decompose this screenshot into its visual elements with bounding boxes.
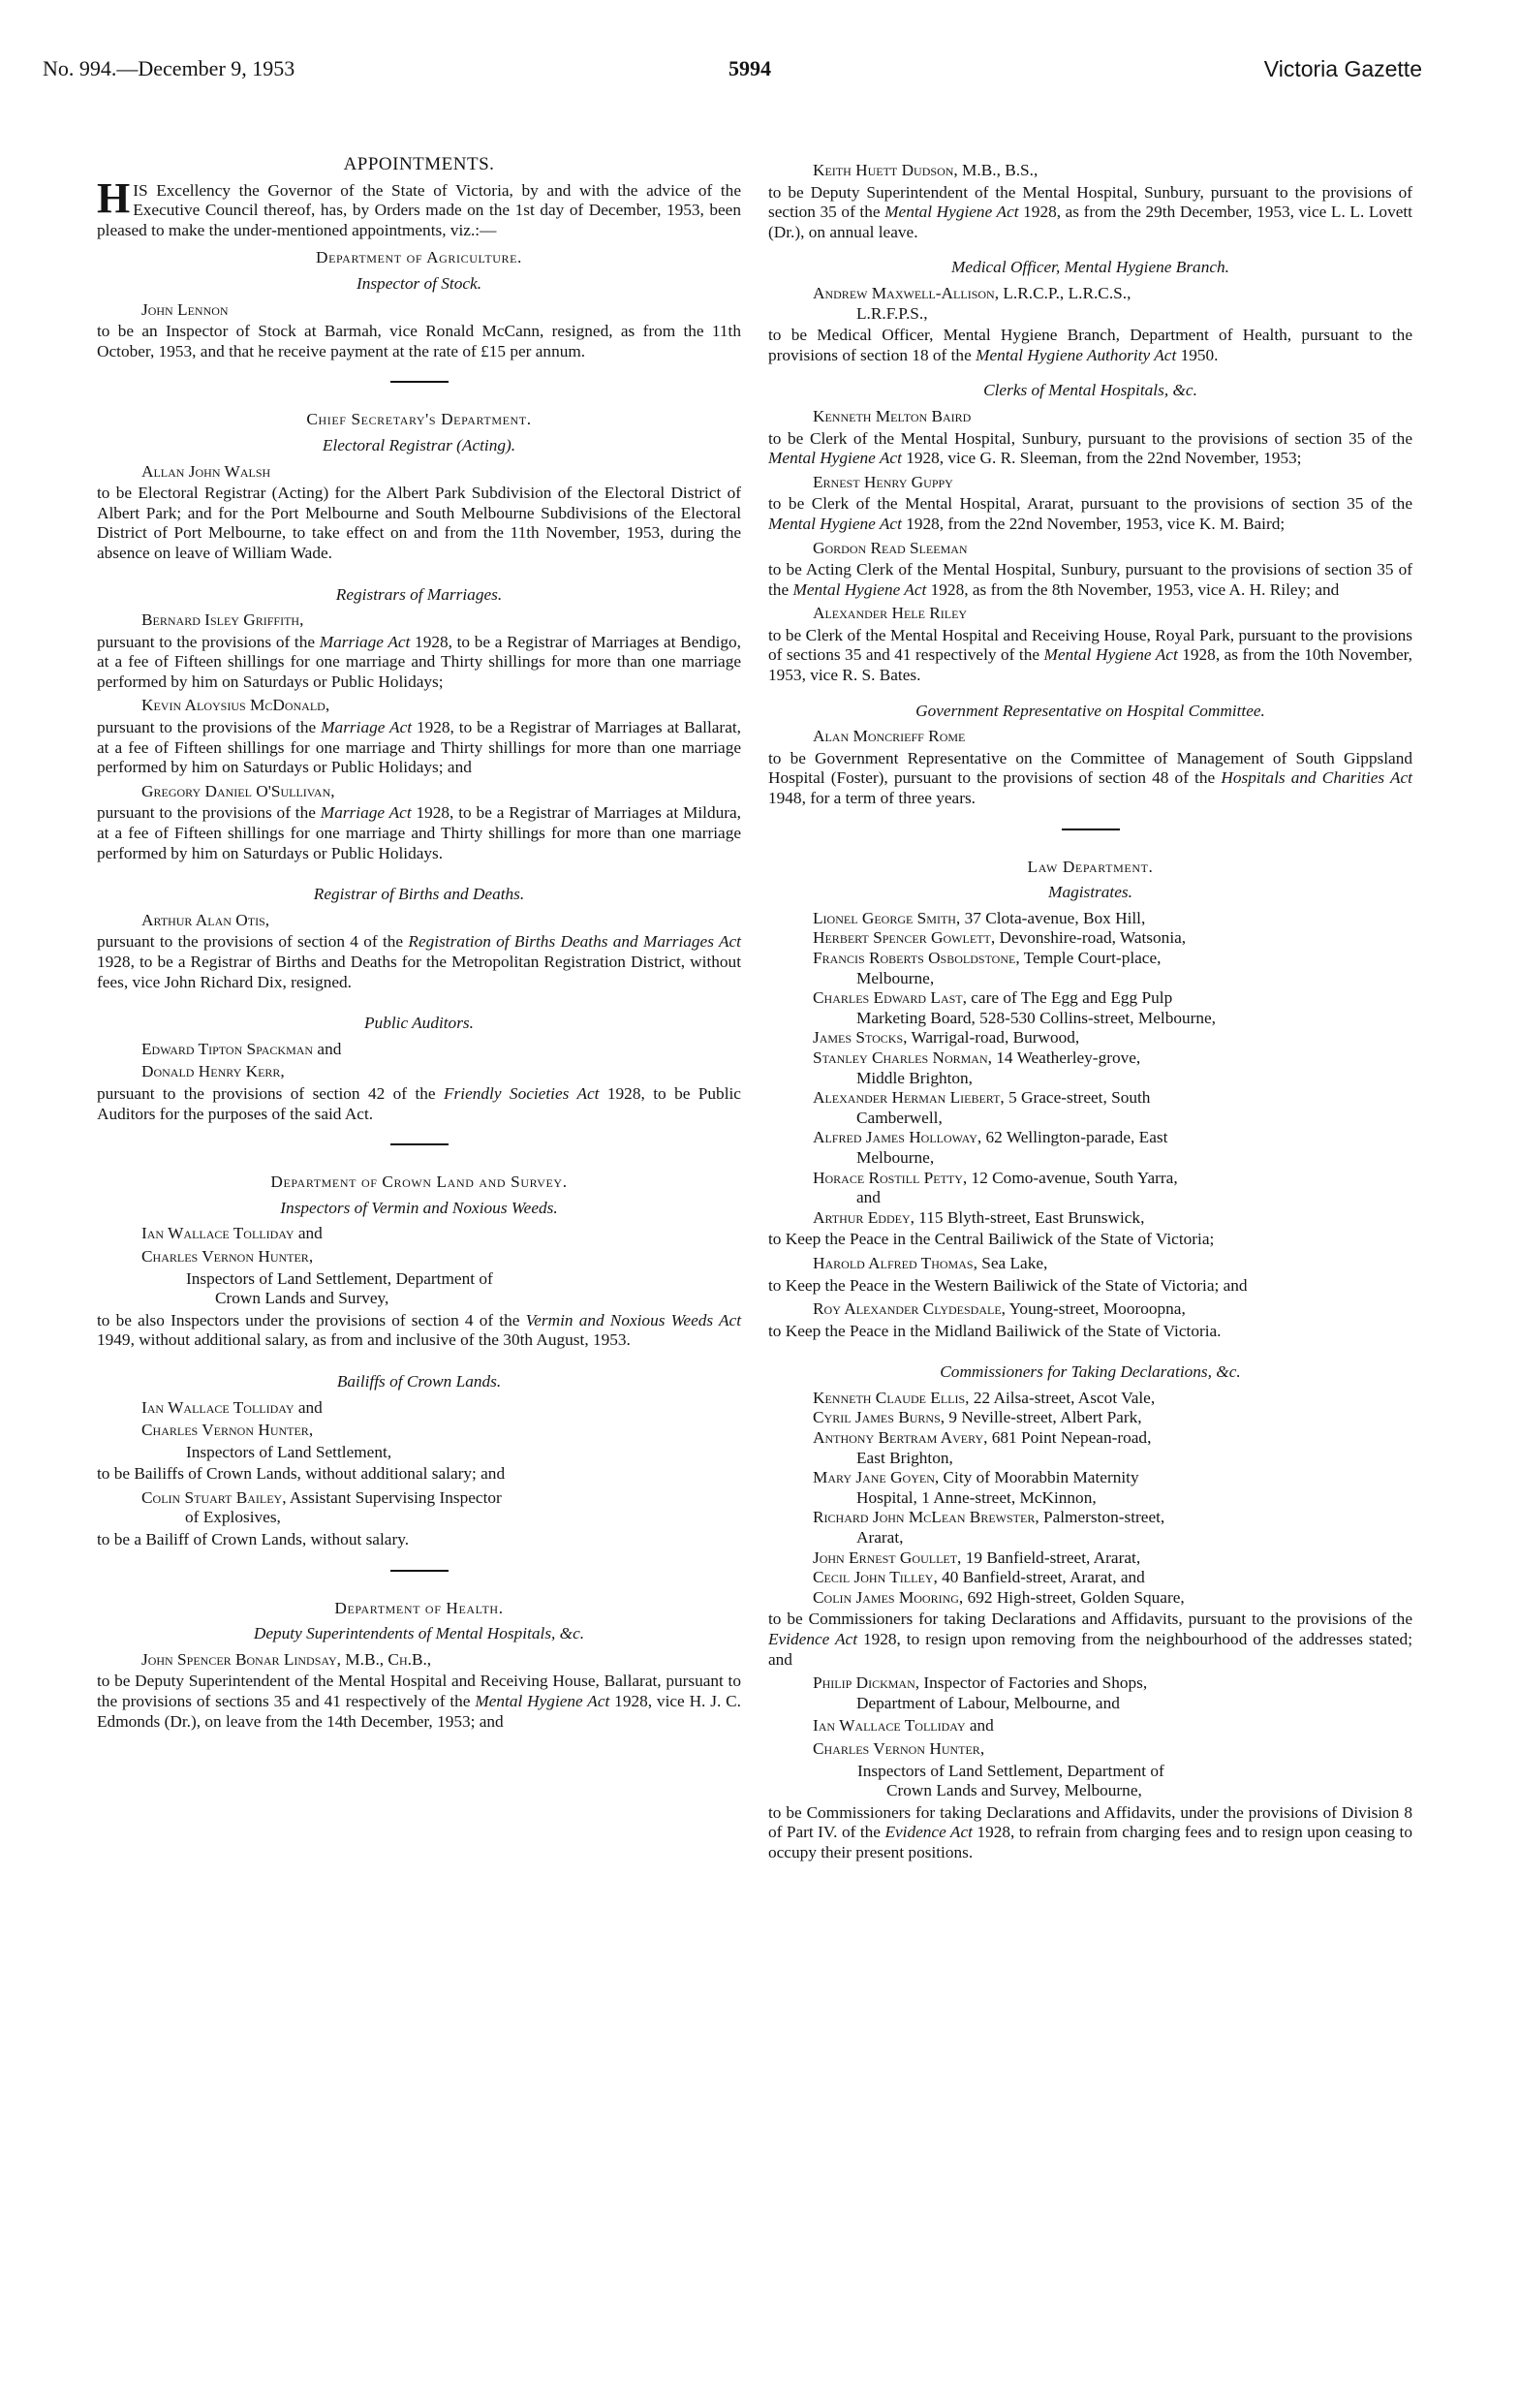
appointee-role: Inspectors of Land Settlement, Departmen…: [768, 1762, 1412, 1801]
appointment-text: to be Bailiffs of Crown Lands, without a…: [97, 1464, 741, 1485]
appointee-entry: Alexander Herman Liebert, 5 Grace-street…: [768, 1088, 1412, 1128]
appointee-name: Edward Tipton Spackman and: [97, 1040, 741, 1060]
appointment-text: to be Deputy Superintendent of the Menta…: [97, 1672, 741, 1732]
appointee-name: Cyril James Burns,: [813, 1408, 945, 1426]
marriage-entry: Gregory Daniel O'Sullivan, pursuant to t…: [97, 782, 741, 863]
appointee-name: Charles Vernon Hunter,: [97, 1247, 741, 1267]
address-continuation: Camberwell,: [813, 1109, 1412, 1129]
appointee-name: Francis Roberts Osboldstone,: [813, 949, 1020, 967]
appointment-text: to be Electoral Registrar (Acting) for t…: [97, 484, 741, 563]
appointee-address: Palmerston-street,: [1039, 1508, 1165, 1526]
section-title: APPOINTMENTS.: [97, 155, 741, 175]
marriage-entry: Bernard Isley Griffith, pursuant to the …: [97, 610, 741, 692]
subheading: Registrar of Births and Deaths.: [97, 885, 741, 905]
appointee-entry: Harold Alfred Thomas, Sea Lake,: [768, 1254, 1412, 1274]
appointment-text: to be Commissioners for taking Declarati…: [768, 1803, 1412, 1863]
appointment-text: to be a Bailiff of Crown Lands, without …: [97, 1530, 741, 1550]
appointment-text: to be an Inspector of Stock at Barmah, v…: [97, 322, 741, 361]
appointee-entry: Lionel George Smith, 37 Clota-avenue, Bo…: [768, 909, 1412, 929]
dept-law: Law Department.: [768, 858, 1412, 878]
section-divider: [390, 1143, 449, 1145]
appointment-text: to Keep the Peace in the Western Bailiwi…: [768, 1276, 1412, 1297]
dept-health: Department of Health.: [97, 1599, 741, 1619]
publication-title: Victoria Gazette: [1264, 56, 1422, 82]
appointee-name: Richard John McLean Brewster,: [813, 1508, 1039, 1526]
appointee-role: Inspectors of Land Settlement, Departmen…: [97, 1269, 741, 1309]
appointee-entry: Anthony Bertram Avery, 681 Point Nepean-…: [768, 1428, 1412, 1468]
subheading: Clerks of Mental Hospitals, &c.: [768, 381, 1412, 401]
appointee-name: Mary Jane Goyen,: [813, 1468, 939, 1486]
dept-crown-land: Department of Crown Land and Survey.: [97, 1173, 741, 1193]
appointment-text: to Keep the Peace in the Central Bailiwi…: [768, 1230, 1412, 1250]
appointee-entry: Colin James Mooring, 692 High-street, Go…: [768, 1588, 1412, 1609]
appointee-name: Charles Vernon Hunter,: [768, 1739, 1412, 1760]
appointee-name: Kenneth Melton Baird: [768, 407, 1412, 427]
dept-agriculture: Department of Agriculture.: [97, 248, 741, 268]
marriage-entry: Kevin Aloysius McDonald, pursuant to the…: [97, 696, 741, 777]
appointee-entry: Cecil John Tilley, 40 Banfield-street, A…: [768, 1568, 1412, 1588]
appointee-entry: Francis Roberts Osboldstone, Temple Cour…: [768, 949, 1412, 988]
appointee-name: Stanley Charles Norman,: [813, 1048, 992, 1067]
section-divider: [1062, 829, 1120, 830]
appointee-role: Inspectors of Land Settlement,: [97, 1443, 741, 1463]
appointee-name: Alan Moncrieff Rome: [768, 727, 1412, 747]
appointee-name: Ernest Henry Guppy: [768, 473, 1412, 493]
appointee-address: 62 Wellington-parade, East: [981, 1128, 1167, 1146]
appointee-address: care of The Egg and Egg Pulp: [967, 988, 1172, 1007]
appointee-entry: Charles Edward Last, care of The Egg and…: [768, 988, 1412, 1028]
appointee-entry: Colin Stuart Bailey, Assistant Supervisi…: [97, 1488, 741, 1528]
section-divider: [390, 1570, 449, 1572]
appointment-text: to be Commissioners for taking Declarati…: [768, 1610, 1412, 1670]
appointee-address: Warrigal-road, Burwood,: [907, 1028, 1079, 1047]
appointee-address: 12 Como-avenue, South Yarra,: [967, 1169, 1177, 1187]
appointee-name: Gordon Read Sleeman: [768, 539, 1412, 559]
appointee-address: 37 Clota-avenue, Box Hill,: [960, 909, 1145, 927]
appointee-name: Ian Wallace Tolliday and: [768, 1716, 1412, 1736]
right-column: Keith Huett Dudson, M.B., B.S., to be De…: [768, 155, 1412, 1867]
appointee-entry: Andrew Maxwell-Allison, L.R.C.P., L.R.C.…: [768, 284, 1412, 324]
appointee-name: John Ernest Goullet,: [813, 1548, 961, 1567]
appointee-name: Charles Vernon Hunter,: [97, 1421, 741, 1441]
appointee-name: Charles Edward Last,: [813, 988, 967, 1007]
subheading: Magistrates.: [768, 883, 1412, 903]
appointee-name: Horace Rostill Petty,: [813, 1169, 967, 1187]
address-continuation: Ararat,: [813, 1528, 1412, 1548]
appointee-entry: Herbert Spencer Gowlett, Devonshire-road…: [768, 928, 1412, 949]
appointee-address: 5 Grace-street, South: [1005, 1088, 1151, 1107]
appointee-name: Keith Huett Dudson, M.B., B.S.,: [768, 161, 1412, 181]
appointment-text: pursuant to the provisions of the Marria…: [97, 803, 741, 863]
subheading: Medical Officer, Mental Hygiene Branch.: [768, 258, 1412, 278]
appointee-name: Arthur Eddey,: [813, 1208, 914, 1227]
appointee-name: Kenneth Claude Ellis,: [813, 1389, 970, 1407]
appointee-entry: James Stocks, Warrigal-road, Burwood,: [768, 1028, 1412, 1048]
subheading: Deputy Superintendents of Mental Hospita…: [97, 1624, 741, 1644]
appointee-name: Alexander Hele Riley: [768, 604, 1412, 624]
appointee-name: Bernard Isley Griffith,: [97, 610, 741, 631]
appointment-text: to be Acting Clerk of the Mental Hospita…: [768, 560, 1412, 600]
appointment-text: to be Clerk of the Mental Hospital, Arar…: [768, 494, 1412, 534]
dept-chief-secretary: Chief Secretary's Department.: [97, 410, 741, 430]
appointee-name: Arthur Alan Otis,: [97, 911, 741, 931]
appointee-entry: Kenneth Claude Ellis, 22 Ailsa-street, A…: [768, 1389, 1412, 1409]
appointment-text: pursuant to the provisions of section 4 …: [97, 932, 741, 992]
appointee-name: Allan John Walsh: [97, 462, 741, 483]
address-continuation: Melbourne,: [813, 969, 1412, 989]
appointee-address: 681 Point Nepean-road,: [987, 1428, 1151, 1447]
appointment-text: pursuant to the provisions of section 42…: [97, 1084, 741, 1124]
address-continuation: Hospital, 1 Anne-street, McKinnon,: [813, 1488, 1412, 1509]
appointee-entry: Arthur Eddey, 115 Blyth-street, East Bru…: [768, 1208, 1412, 1229]
appointment-text: to be Deputy Superintendent of the Menta…: [768, 183, 1412, 243]
appointee-name: Ian Wallace Tolliday and: [97, 1398, 741, 1419]
appointment-text: pursuant to the provisions of the Marria…: [97, 718, 741, 778]
address-continuation: and: [813, 1188, 1412, 1208]
subheading: Government Representative on Hospital Co…: [768, 702, 1412, 722]
subheading: Commissioners for Taking Declarations, &…: [768, 1362, 1412, 1383]
appointment-text: to be Medical Officer, Mental Hygiene Br…: [768, 326, 1412, 365]
appointee-address: City of Moorabbin Maternity: [939, 1468, 1138, 1486]
subheading: Inspector of Stock.: [97, 274, 741, 295]
subheading: Inspectors of Vermin and Noxious Weeds.: [97, 1199, 741, 1219]
appointee-name: Donald Henry Kerr,: [97, 1062, 741, 1082]
appointee-name: Alexander Herman Liebert,: [813, 1088, 1005, 1107]
address-continuation: Marketing Board, 528-530 Collins-street,…: [813, 1009, 1412, 1029]
appointee-name: Colin James Mooring,: [813, 1588, 963, 1607]
issue-date: No. 994.—December 9, 1953: [43, 56, 294, 81]
appointee-entry: Horace Rostill Petty, 12 Como-avenue, So…: [768, 1169, 1412, 1208]
address-continuation: Melbourne,: [813, 1148, 1412, 1169]
appointee-name: Gregory Daniel O'Sullivan,: [97, 782, 741, 802]
appointee-entry: Roy Alexander Clydesdale, Young-street, …: [768, 1299, 1412, 1320]
appointee-entry: Richard John McLean Brewster, Palmerston…: [768, 1508, 1412, 1548]
subheading: Electoral Registrar (Acting).: [97, 436, 741, 456]
subheading: Bailiffs of Crown Lands.: [97, 1372, 741, 1392]
appointee-address: 22 Ailsa-street, Ascot Vale,: [970, 1389, 1156, 1407]
appointee-name: John Lennon: [97, 300, 741, 321]
appointee-entry: Cyril James Burns, 9 Neville-street, Alb…: [768, 1408, 1412, 1428]
appointment-text: to be also Inspectors under the provisio…: [97, 1311, 741, 1351]
subheading: Public Auditors.: [97, 1014, 741, 1034]
address-continuation: Middle Brighton,: [813, 1069, 1412, 1089]
appointee-entry: Philip Dickman, Inspector of Factories a…: [768, 1673, 1412, 1713]
address-continuation: East Brighton,: [813, 1449, 1412, 1469]
appointment-text: to be Clerk of the Mental Hospital, Sunb…: [768, 429, 1412, 469]
appointee-address: 40 Banfield-street, Ararat, and: [938, 1568, 1145, 1586]
appointee-entry: Alfred James Holloway, 62 Wellington-par…: [768, 1128, 1412, 1168]
appointee-address: 115 Blyth-street, East Brunswick,: [914, 1208, 1144, 1227]
magistrates-list: Lionel George Smith, 37 Clota-avenue, Bo…: [768, 909, 1412, 1229]
appointee-name: Lionel George Smith,: [813, 909, 960, 927]
appointee-name: John Spencer Bonar Lindsay, M.B., Ch.B.,: [97, 1650, 741, 1671]
appointment-text: to be Government Representative on the C…: [768, 749, 1412, 809]
commissioners-list: Kenneth Claude Ellis, 22 Ailsa-street, A…: [768, 1389, 1412, 1609]
appointee-entry: Stanley Charles Norman, 14 Weatherley-gr…: [768, 1048, 1412, 1088]
intro-paragraph: HIS Excellency the Governor of the State…: [97, 181, 741, 241]
appointee-address: Devonshire-road, Watsonia,: [995, 928, 1186, 947]
appointee-entry: Mary Jane Goyen, City of Moorabbin Mater…: [768, 1468, 1412, 1508]
appointment-text: to be Clerk of the Mental Hospital and R…: [768, 626, 1412, 686]
appointee-name: Cecil John Tilley,: [813, 1568, 938, 1586]
appointee-name: Herbert Spencer Gowlett,: [813, 928, 995, 947]
appointee-address: Temple Court-place,: [1020, 949, 1162, 967]
appointee-name: Anthony Bertram Avery,: [813, 1428, 987, 1447]
left-column: APPOINTMENTS. HIS Excellency the Governo…: [97, 155, 741, 1736]
appointee-name: James Stocks,: [813, 1028, 907, 1047]
appointee-name: Alfred James Holloway,: [813, 1128, 981, 1146]
appointee-address: 19 Banfield-street, Ararat,: [961, 1548, 1140, 1567]
appointee-address: 692 High-street, Golden Square,: [963, 1588, 1184, 1607]
appointment-text: to Keep the Peace in the Midland Bailiwi…: [768, 1322, 1412, 1342]
appointee-name: Kevin Aloysius McDonald,: [97, 696, 741, 716]
appointment-text: pursuant to the provisions of the Marria…: [97, 633, 741, 693]
appointee-entry: John Ernest Goullet, 19 Banfield-street,…: [768, 1548, 1412, 1569]
section-divider: [390, 381, 449, 383]
appointee-name: Ian Wallace Tolliday and: [97, 1224, 741, 1244]
page-number: 5994: [728, 56, 771, 81]
subheading: Registrars of Marriages.: [97, 585, 741, 606]
appointee-address: 9 Neville-street, Albert Park,: [945, 1408, 1141, 1426]
appointee-address: 14 Weatherley-grove,: [992, 1048, 1140, 1067]
